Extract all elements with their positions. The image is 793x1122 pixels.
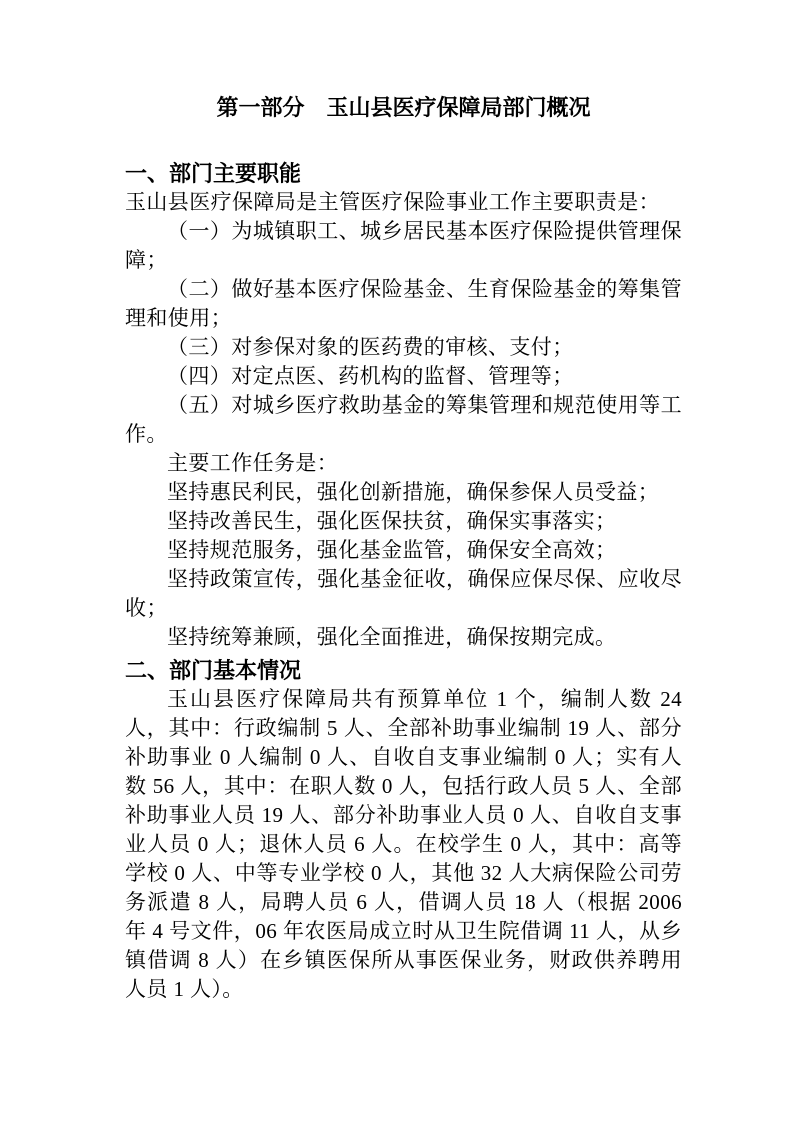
document-title: 第一部分 玉山县医疗保障局部门概况 <box>125 94 682 122</box>
paragraph: 坚持规范服务，强化基金监管，确保安全高效； <box>125 536 682 565</box>
paragraph: （一）为城镇职工、城乡居民基本医疗保险提供管理保障； <box>125 217 682 275</box>
paragraph: 玉山县医疗保障局共有预算单位 1 个，编制人数 24 人，其中：行政编制 5 人… <box>125 685 682 1004</box>
paragraph: （五）对城乡医疗救助基金的筹集管理和规范使用等工作。 <box>125 391 682 449</box>
paragraph: （三）对参保对象的医药费的审核、支付； <box>125 333 682 362</box>
paragraph: 坚持统筹兼顾，强化全面推进，确保按期完成。 <box>125 623 682 652</box>
paragraph: 主要工作任务是： <box>125 449 682 478</box>
section-1-heading: 一、部门主要职能 <box>125 160 682 188</box>
paragraph: （二）做好基本医疗保险基金、生育保险基金的筹集管理和使用； <box>125 275 682 333</box>
paragraph: 坚持惠民利民，强化创新措施，确保参保人员受益； <box>125 478 682 507</box>
paragraph: 坚持政策宣传，强化基金征收，确保应保尽保、应收尽收； <box>125 565 682 623</box>
paragraph: （四）对定点医、药机构的监督、管理等； <box>125 362 682 391</box>
document-content: 第一部分 玉山县医疗保障局部门概况 一、部门主要职能 玉山县医疗保障局是主管医疗… <box>125 94 682 1004</box>
paragraph: 玉山县医疗保障局是主管医疗保险事业工作主要职责是： <box>125 188 682 217</box>
document-page: 第一部分 玉山县医疗保障局部门概况 一、部门主要职能 玉山县医疗保障局是主管医疗… <box>0 0 793 1122</box>
section-2-heading: 二、部门基本情况 <box>125 657 682 685</box>
paragraph: 坚持改善民生，强化医保扶贫，确保实事落实； <box>125 507 682 536</box>
